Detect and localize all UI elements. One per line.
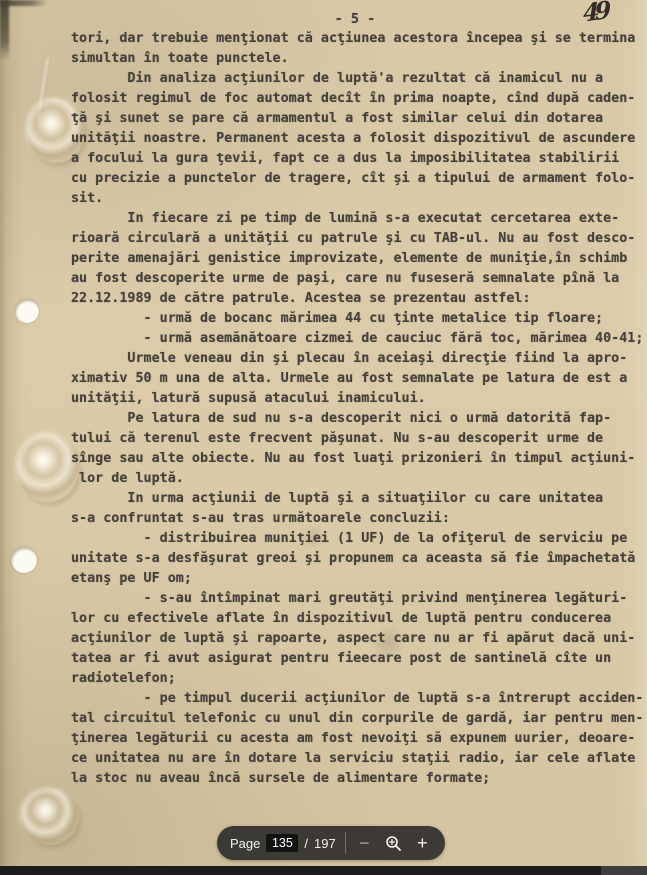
zoom-in-button[interactable]: + xyxy=(409,830,435,856)
scanned-document-page: 49 - 5 - tori, dar trebuie menţionat că … xyxy=(0,0,647,875)
document-text-line: ţă şi sunet se pare că armamentul a fost… xyxy=(71,109,645,129)
document-text-line: la stoc nu aveau încă sursele de aliment… xyxy=(71,769,645,789)
document-text-line: Pe latura de sud nu s-a descoperit nici … xyxy=(71,409,645,429)
document-text-line: lor cu efectivele aflate în dispozitivul… xyxy=(71,609,645,629)
document-text-line: folosit regimul de foc automat decît în … xyxy=(71,89,645,109)
document-text-line: 22.12.1989 de către patrule. Acestea se … xyxy=(71,289,645,309)
document-text-line: acţiunilor de luptă şi rapoarte, aspect … xyxy=(71,629,645,649)
page-label: Page xyxy=(230,836,260,851)
embossed-seal xyxy=(17,434,79,502)
document-text-line: ximativ 50 m una de alta. Urmele au fost… xyxy=(71,369,645,389)
document-text-line: tori, dar trebuie menţionat că acţiunea … xyxy=(71,29,645,49)
document-text-line: rioară circulară a unităţii cu patrule ş… xyxy=(71,229,645,249)
document-text: tori, dar trebuie menţionat că acţiunea … xyxy=(71,29,645,789)
document-text-line: unitate s-a desfăşurat greoi şi propunem… xyxy=(71,549,645,569)
plus-icon: + xyxy=(417,834,428,852)
document-text-line: - urmă de bocanc mărimea 44 cu ţinte met… xyxy=(71,309,645,329)
document-text-line: au fost descoperite urme de paşi, care n… xyxy=(71,269,645,289)
document-text-line: ţinerea legăturii cu acesta am fost nevo… xyxy=(71,729,645,749)
document-text-line: perite amenajări genistice improvizate, … xyxy=(71,249,645,269)
page-edge-shadow xyxy=(0,0,48,6)
document-text-line: - s-au întîmpinat mari greutăţi privind … xyxy=(71,589,645,609)
document-text-line: cu precizie a punctelor de tragere, cît … xyxy=(71,169,645,189)
scrollbar-corner[interactable] xyxy=(601,866,647,875)
document-text-line: In urma acţiunii de luptă şi a situaţiil… xyxy=(71,489,645,509)
zoom-controls: − + xyxy=(346,830,445,856)
page-indicator: Page / 197 xyxy=(217,834,336,852)
zoom-search-button[interactable] xyxy=(380,830,406,856)
page-navigation-toolbar: Page / 197 − + xyxy=(217,826,445,860)
page-number-header: - 5 - xyxy=(70,11,640,27)
document-text-line: sit. xyxy=(71,189,645,209)
page-total: 197 xyxy=(314,836,336,851)
document-text-line: s-a confruntat s-au tras următoarele con… xyxy=(71,509,645,529)
punch-hole xyxy=(11,547,37,573)
document-text-line: Urmele veneau din şi plecau în aceiaşi d… xyxy=(71,349,645,369)
document-text-line: lor de luptă. xyxy=(71,469,645,489)
document-text-line: In fiecare zi pe timp de lumină s-a exec… xyxy=(71,209,645,229)
document-text-line: tal circuitul telefonic cu unul din corp… xyxy=(71,709,645,729)
zoom-out-button[interactable]: − xyxy=(351,830,377,856)
page-edge-shadow xyxy=(0,0,9,60)
page-number-input[interactable] xyxy=(266,834,298,852)
bottom-bar xyxy=(0,866,647,875)
document-text-line: - pe timpul ducerii acţiunilor de luptă … xyxy=(71,689,645,709)
document-text-line: radiotelefon; xyxy=(71,669,645,689)
magnifier-plus-icon xyxy=(385,835,402,852)
document-text-line: sînge sau alte obiecte. Nu au fost luaţi… xyxy=(71,449,645,469)
document-text-line: - urmă asemănătoare cizmei de cauciuc fă… xyxy=(71,329,645,349)
document-text-line: ce unitatea nu are în dotare la serviciu… xyxy=(71,749,645,769)
punch-hole xyxy=(15,299,39,323)
document-text-line: unităţii, latură supusă atacului inamicu… xyxy=(71,389,645,409)
document-text-line: simultan în toate punctele. xyxy=(71,49,645,69)
document-text-line: Din analiza acţiunilor de luptă'a rezult… xyxy=(71,69,645,89)
document-text-line: tului că terenul este frecvent păşunat. … xyxy=(71,429,645,449)
document-text-line: a focului la gura ţevii, fapt ce a dus l… xyxy=(71,149,645,169)
minus-icon: − xyxy=(359,834,370,852)
document-text-line: - distribuirea muniţiei (1 UF) de la ofi… xyxy=(71,529,645,549)
document-text-line: tatea ar fi avut asigurat pentru fieecar… xyxy=(71,649,645,669)
page-separator: / xyxy=(304,836,308,851)
document-text-line: etanş pe UF om; xyxy=(71,569,645,589)
embossed-seal xyxy=(21,789,79,845)
document-text-line: unităţii noastre. Permanent acesta a fol… xyxy=(71,129,645,149)
